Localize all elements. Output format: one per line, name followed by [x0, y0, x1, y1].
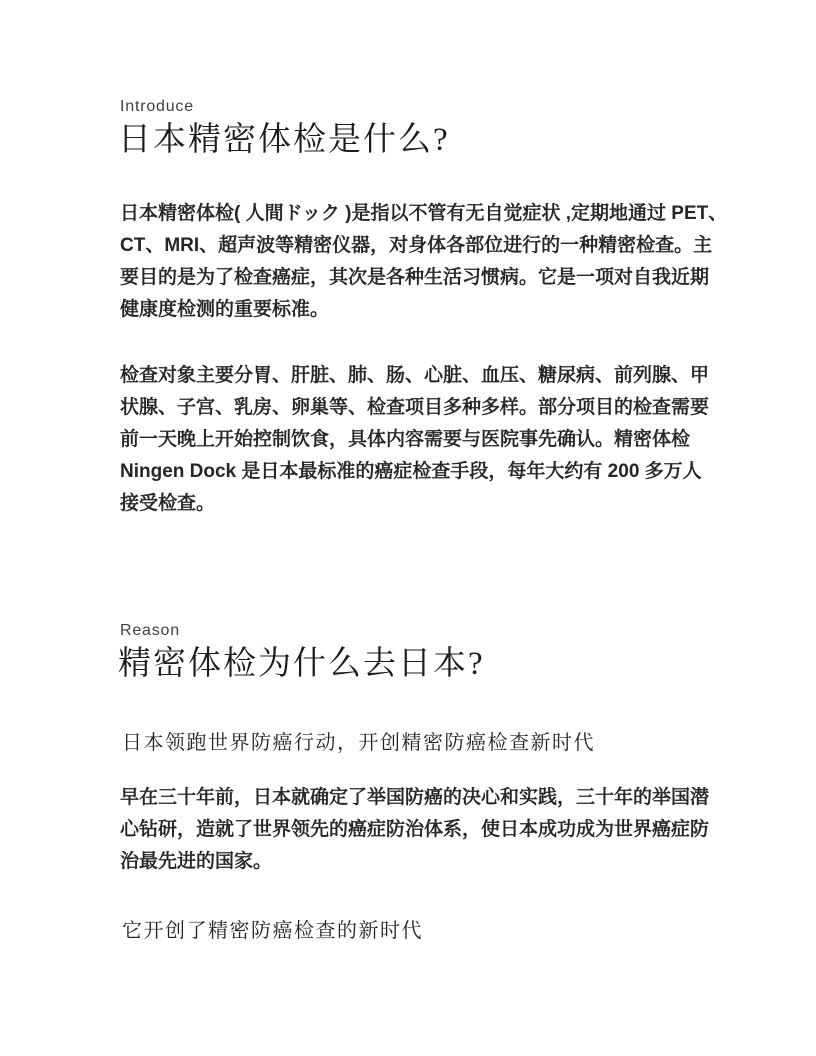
paragraph-line: 前一天晚上开始控制饮食，具体内容需要与医院事先确认。精密体检 [120, 424, 706, 456]
paragraph-line: 要目的是为了检查癌症，其次是各种生活习惯病。它是一项对自我近期 [120, 262, 706, 294]
paragraph-line: 心钻研，造就了世界领先的癌症防治体系，使日本成功成为世界癌症防 [120, 814, 706, 846]
paragraph-line: 日本精密体检( 人間ドック )是指以不管有无自觉症状 ,定期地通过 PET、 [120, 198, 706, 230]
reason-paragraph: 早在三十年前，日本就确定了举国防癌的决心和实践，三十年的举国潜 心钻研，造就了世… [120, 782, 706, 878]
intro-paragraph-2: 检查对象主要分胃、肝脏、肺、肠、心脏、血压、糖尿病、前列腺、甲 状腺、子宫、乳房… [120, 360, 706, 520]
paragraph-line: 治最先进的国家。 [120, 846, 706, 878]
paragraph-line: 健康度检测的重要标准。 [120, 294, 706, 326]
intro-heading: 日本精密体检是什么? [118, 116, 450, 164]
paragraph-line: CT、MRI、超声波等精密仪器，对身体各部位进行的一种精密检查。主 [120, 230, 706, 262]
paragraph-line: Ningen Dock 是日本最标准的癌症检查手段，每年大约有 200 多万人 [120, 456, 706, 488]
reason-section-label: Reason [120, 622, 180, 640]
reason-subheading-2: 它开创了精密防癌检查的新时代 [122, 914, 423, 943]
paragraph-line: 状腺、子宫、乳房、卵巢等、检查项目多种多样。部分项目的检查需要 [120, 392, 706, 424]
reason-subheading-1: 日本领跑世界防癌行动，开创精密防癌检查新时代 [122, 726, 595, 755]
intro-paragraph-1: 日本精密体检( 人間ドック )是指以不管有无自觉症状 ,定期地通过 PET、 C… [120, 198, 706, 326]
document-page: Introduce 日本精密体检是什么? 日本精密体检( 人間ドック )是指以不… [0, 0, 816, 1056]
reason-heading: 精密体检为什么去日本? [118, 640, 485, 688]
paragraph-line: 早在三十年前，日本就确定了举国防癌的决心和实践，三十年的举国潜 [120, 782, 706, 814]
paragraph-line: 接受检查。 [120, 488, 706, 520]
intro-section-label: Introduce [120, 98, 194, 116]
paragraph-line: 检查对象主要分胃、肝脏、肺、肠、心脏、血压、糖尿病、前列腺、甲 [120, 360, 706, 392]
